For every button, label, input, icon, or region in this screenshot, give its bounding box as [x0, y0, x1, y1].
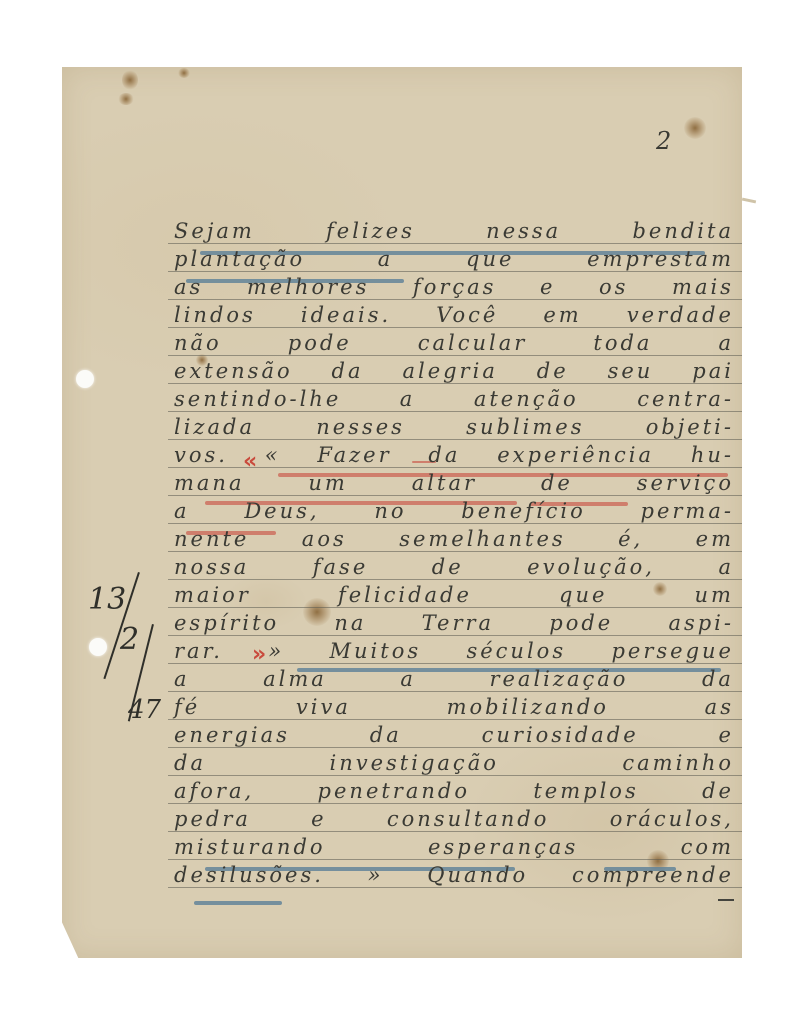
word: a — [400, 667, 416, 691]
word: benefício — [461, 499, 585, 523]
word: de — [537, 359, 569, 383]
word: em — [543, 303, 581, 327]
blue-underline — [194, 901, 282, 905]
word: um — [308, 471, 347, 495]
text-line: févivamobilizandoas — [174, 695, 734, 719]
text-line: energiasdacuriosidadee — [174, 723, 734, 747]
word: objeti- — [646, 415, 734, 439]
word: perma- — [641, 499, 734, 523]
text-line: sentindo-lheaatençãocentra- — [174, 387, 734, 411]
word: realização — [489, 667, 628, 691]
text-line: lindosideais.Vocêemverdade — [174, 303, 734, 327]
text-line: vos.«Fazerdaexperiênciahu- — [174, 443, 734, 467]
word: oráculos, — [610, 807, 734, 831]
text-line: Sejamfelizesnessabendita — [174, 219, 734, 243]
word: » — [268, 639, 284, 663]
ruled-line — [168, 803, 742, 804]
text-line: manaumaltardeserviço — [174, 471, 734, 495]
word: Terra — [422, 611, 494, 635]
word: Quando — [427, 863, 528, 887]
word: extensão — [174, 359, 293, 383]
word: um — [695, 583, 734, 607]
word: pode — [288, 331, 352, 355]
ruled-line — [168, 775, 742, 776]
stain — [178, 68, 190, 78]
word: no — [374, 499, 406, 523]
ruled-line — [168, 887, 742, 888]
word: é, — [618, 527, 643, 551]
word: felicidade — [338, 583, 472, 607]
word: espírito — [174, 611, 279, 635]
word: hu- — [691, 443, 734, 467]
word: da — [174, 751, 206, 775]
stain — [684, 117, 706, 139]
word: Fazer — [317, 443, 391, 467]
word: sublimes — [466, 415, 584, 439]
word: e — [311, 807, 326, 831]
ruled-line — [168, 383, 742, 384]
word: a — [378, 247, 394, 271]
word: não — [174, 331, 222, 355]
word: curiosidade — [482, 723, 639, 747]
word: atenção — [474, 387, 579, 411]
word: pedra — [174, 807, 251, 831]
ruled-line — [168, 691, 742, 692]
text-line: dainvestigaçãocaminho — [174, 751, 734, 775]
word: da — [370, 723, 402, 747]
text-line: nãopodecalculartodaa — [174, 331, 734, 355]
word: experiência — [497, 443, 654, 467]
word: templos — [533, 779, 638, 803]
ruled-line — [168, 607, 742, 608]
open-quote-mark: « — [243, 449, 257, 474]
word: a — [718, 331, 734, 355]
text-line: plantaçãoaqueemprestam — [174, 247, 734, 271]
page-number: 2 — [656, 127, 671, 155]
word: forças — [413, 275, 497, 299]
word: « — [265, 443, 281, 467]
word: mana — [174, 471, 244, 495]
text-line: nossafasedeevolução,a — [174, 555, 734, 579]
word: fase — [313, 555, 369, 579]
word: toda — [593, 331, 652, 355]
word: persegue — [611, 639, 734, 663]
word: consultando — [387, 807, 550, 831]
ruled-line — [168, 271, 742, 272]
text-line: aalmaarealizaçãoda — [174, 667, 734, 691]
ruled-line — [168, 439, 742, 440]
ruled-line — [168, 859, 742, 860]
word: lizada — [174, 415, 255, 439]
word: alma — [263, 667, 327, 691]
word: esperanças — [428, 835, 578, 859]
word: pai — [692, 359, 734, 383]
word: as — [705, 695, 734, 719]
word: calcular — [418, 331, 528, 355]
stain — [122, 70, 138, 90]
ruled-line — [168, 747, 742, 748]
word: ideais. — [301, 303, 391, 327]
word: séculos — [466, 639, 566, 663]
ruled-line — [168, 299, 742, 300]
word: da — [702, 667, 734, 691]
ruled-line — [168, 355, 742, 356]
word: as — [174, 275, 203, 299]
word: lindos — [174, 303, 256, 327]
text-line: maiorfelicidadequeum — [174, 583, 734, 607]
ruled-line — [168, 831, 742, 832]
paper-sliver — [742, 198, 756, 204]
text-line: asmelhoresforçaseosmais — [174, 275, 734, 299]
word: de — [541, 471, 573, 495]
ruled-line — [168, 635, 742, 636]
word: altar — [412, 471, 477, 495]
ruled-line — [168, 327, 742, 328]
word: plantação — [174, 247, 305, 271]
word: a — [718, 555, 734, 579]
word: evolução, — [527, 555, 655, 579]
word: Você — [436, 303, 498, 327]
word: aspi- — [668, 611, 734, 635]
word: aos — [302, 527, 347, 551]
word: emprestam — [587, 247, 734, 271]
text-line: lizadanessessublimesobjeti- — [174, 415, 734, 439]
punch-hole-bottom — [89, 638, 107, 656]
word: nesses — [316, 415, 405, 439]
word: nossa — [174, 555, 249, 579]
ruled-line — [168, 495, 742, 496]
word: da — [428, 443, 460, 467]
word: » — [368, 863, 384, 887]
word: investigação — [330, 751, 499, 775]
word: penetrando — [318, 779, 470, 803]
word: mobilizando — [447, 695, 609, 719]
word: desilusões. — [174, 863, 324, 887]
word: de — [702, 779, 734, 803]
word: mais — [672, 275, 734, 299]
word: nessa — [486, 219, 561, 243]
word: que — [559, 583, 607, 607]
text-line: afora,penetrandotemplosde — [174, 779, 734, 803]
word: energias — [174, 723, 290, 747]
ruled-line — [168, 243, 742, 244]
word: e — [540, 275, 555, 299]
ruled-line — [168, 551, 742, 552]
word: caminho — [622, 751, 734, 775]
text-line: nenteaossemelhantesé,em — [174, 527, 734, 551]
word: vos. — [174, 443, 228, 467]
text-line: aDeus,nobenefícioperma- — [174, 499, 734, 523]
word: melhores — [247, 275, 369, 299]
ruled-line — [168, 719, 742, 720]
word: serviço — [637, 471, 734, 495]
word: rar. — [174, 639, 223, 663]
word: seu — [608, 359, 654, 383]
word: e — [719, 723, 734, 747]
word: afora, — [174, 779, 254, 803]
stain — [118, 93, 134, 105]
margin-date-year: 47 — [128, 695, 161, 725]
word: centra- — [637, 387, 734, 411]
word: da — [332, 359, 364, 383]
word: a — [174, 499, 190, 523]
word: viva — [296, 695, 351, 719]
word: com — [681, 835, 734, 859]
word: na — [334, 611, 366, 635]
word: de — [432, 555, 464, 579]
word: misturando — [174, 835, 326, 859]
close-quote-mark: » — [252, 642, 266, 667]
text-line: espíritonaTerrapodeaspi- — [174, 611, 734, 635]
text-line: extensãodaalegriadeseupai — [174, 359, 734, 383]
word: Deus, — [244, 499, 319, 523]
trailing-dash — [718, 899, 734, 901]
word: maior — [174, 583, 251, 607]
ruled-line — [168, 523, 742, 524]
word: que — [466, 247, 514, 271]
margin-date-day: 13 — [88, 582, 126, 617]
word: Muitos — [330, 639, 422, 663]
word: verdade — [627, 303, 734, 327]
word: nente — [174, 527, 249, 551]
word: a — [174, 667, 190, 691]
ruled-line — [168, 411, 742, 412]
word: a — [400, 387, 416, 411]
text-line: desilusões.»Quandocompreende — [174, 863, 734, 887]
margin-date-month: 2 — [120, 622, 139, 657]
text-line: misturandoesperançascom — [174, 835, 734, 859]
word: fé — [174, 695, 200, 719]
word: semelhantes — [399, 527, 565, 551]
word: bendita — [632, 219, 734, 243]
word: felizes — [326, 219, 415, 243]
word: sentindo-lhe — [174, 387, 341, 411]
ruled-line — [168, 579, 742, 580]
punch-hole-top — [76, 370, 94, 388]
word: os — [599, 275, 628, 299]
word: pode — [549, 611, 613, 635]
word: em — [696, 527, 734, 551]
text-line: pedraeconsultandooráculos, — [174, 807, 734, 831]
word: alegria — [402, 359, 497, 383]
word: compreende — [572, 863, 734, 887]
word: Sejam — [174, 219, 255, 243]
